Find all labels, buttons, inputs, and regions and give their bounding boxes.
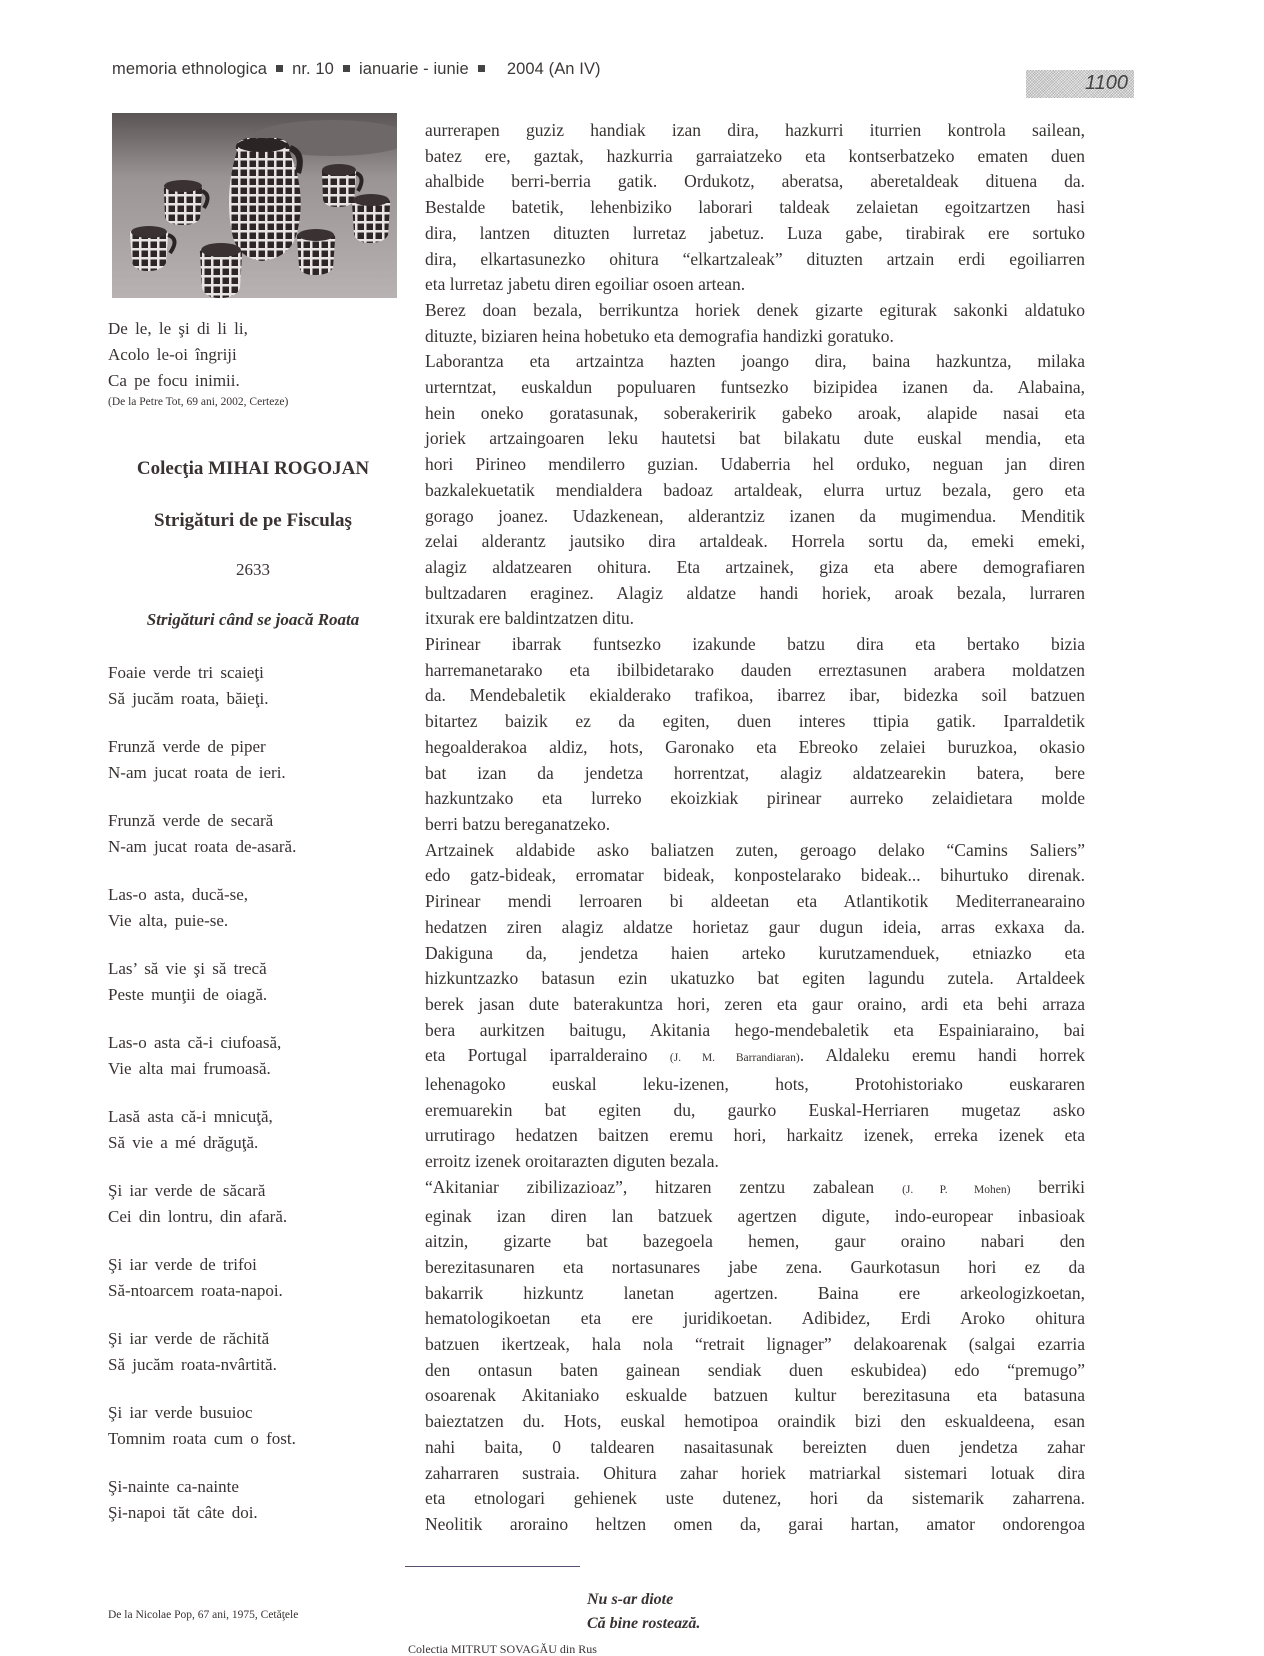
verse-line: Frunză verde de secară — [108, 808, 398, 834]
verse-line: Cei din lontru, din afară. — [108, 1204, 398, 1230]
verse-line: Vie alta mai frumoasă. — [108, 1056, 398, 1082]
text-line: batzuen ikertzeak, hala nola “retrait li… — [425, 1332, 1085, 1358]
text-line: Bestalde batetik, lehenbiziko laborari t… — [425, 195, 1085, 221]
verse-line: Acolo le-oi îngriji — [108, 342, 398, 368]
text-line: eta etnologari gehienek uste dutenez, ho… — [425, 1486, 1085, 1512]
stanza: Las-o asta, ducă-se,Vie alta, puie-se. — [108, 882, 398, 934]
text-line: Pirinear ibarrak funtsezko izakunde batz… — [425, 632, 1085, 658]
text-line: “Akitaniar zibilizazioaz”, hitzaren zent… — [425, 1175, 1085, 1204]
verse-line: Ca pe focu inimii. — [108, 368, 398, 394]
verse-line: Şi-nainte ca-nainte — [108, 1474, 398, 1500]
closing-source: De la Nicolae Pop, 67 ani, 1975, Cetăţel… — [108, 1609, 398, 1621]
entry-subtitle: Strigături când se joacă Roata — [108, 610, 398, 630]
text-line: hizkuntzazko batasun ezin ukatuzko bat e… — [425, 966, 1085, 992]
text-line: hegoalderakoa aldiz, hots, Garonako eta … — [425, 735, 1085, 761]
section-title: Strigături de pe Fisculaş — [108, 510, 398, 532]
stanza: Frunză verde de secarăN-am jucat roata d… — [108, 808, 398, 860]
text-line: urterntzat, euskaldun populuaren funtsez… — [425, 375, 1085, 401]
text-line: bakarrik hizkuntz lanetan agertzen. Bain… — [425, 1281, 1085, 1307]
stanza: Foaie verde tri scaieţiSă jucăm roata, b… — [108, 660, 398, 712]
verse-line: Tomnim roata cum o fost. — [108, 1426, 398, 1452]
verse-line: N-am jucat roata de ieri. — [108, 760, 398, 786]
stanza: Lasă asta că-i mnicuţă,Să vie a mé drăgu… — [108, 1104, 398, 1156]
verse-line: Las’ să vie şi să trecă — [108, 956, 398, 982]
collection-title: Colecţia MIHAI ROGOJAN — [108, 458, 398, 480]
stanza: Şi iar verde de săcarăCei din lontru, di… — [108, 1178, 398, 1230]
text-line: alagiz aldatzearen ohitura. Eta artzaine… — [425, 555, 1085, 581]
text-line: bultzadaren eraginez. Alagiz aldatze han… — [425, 581, 1085, 607]
verse-line: Să-ntoarcem roata-napoi. — [108, 1278, 398, 1304]
text-line: aurrerapen guziz handiak izan dira, hazk… — [425, 118, 1085, 144]
text-line: nahi baita, 0 taldearen nasaitasunak ber… — [425, 1435, 1085, 1461]
footer-verse-line: Nu s-ar diote — [587, 1588, 700, 1612]
text-line: eta Portugal iparralderaino (J. M. Barra… — [425, 1043, 1085, 1072]
text-line: hori Pirineo mendilerro guzian. Udaberri… — [425, 452, 1085, 478]
verse-line: Şi-napoi tăt câte doi. — [108, 1500, 398, 1526]
text-line: ahalbide berri-berria gatik. Ordukotz, a… — [425, 169, 1085, 195]
text-line: baieztatzen du. Hots, euskal hemotipoa o… — [425, 1409, 1085, 1435]
basque-article-text: aurrerapen guziz handiak izan dira, hazk… — [425, 118, 1085, 1538]
text-line: berezitasunaren eta nortasunares jabe ze… — [425, 1255, 1085, 1281]
text-line: zelai alderantz jautsiko dira artaldeak.… — [425, 529, 1085, 555]
citation: (J. P. Mohen) — [902, 1184, 1010, 1196]
verse-line: Şi iar verde busuioc — [108, 1400, 398, 1426]
footer-verse: Nu s-ar diote Că bine rostează. — [587, 1588, 700, 1636]
running-header: memoria ethnologicanr. 10ianuarie - iuni… — [112, 60, 601, 79]
text-line: itxurak ere baldintzatzen ditu. — [425, 606, 1085, 632]
text-line: dituzte, biziaren heina hobetuko eta dem… — [425, 324, 1085, 350]
square-bullet-icon — [343, 65, 350, 72]
text-line: bera aurkitzen baitugu, Akitania hego-me… — [425, 1018, 1085, 1044]
square-bullet-icon — [276, 65, 283, 72]
text-line: bazkalekuetatik mendialdera badoaz artal… — [425, 478, 1085, 504]
text-line: Berez doan bezala, berrikuntza horiek de… — [425, 298, 1085, 324]
text-line: zaharraren sustraia. Ohitura zahar horie… — [425, 1461, 1085, 1487]
opening-verse: De le, le şi di li li, Acolo le-oi îngri… — [108, 316, 398, 394]
footer-verse-line: Că bine rostează. — [587, 1612, 700, 1636]
text-line: eginak izan diren lan batzuek agertzen d… — [425, 1204, 1085, 1230]
citation: (J. M. Barrandiaran) — [670, 1052, 800, 1064]
text-line: berri batzu bereganatzeko. — [425, 812, 1085, 838]
text-line: den ontasun baten gainean sendiak duen e… — [425, 1358, 1085, 1384]
text-line: harremanetarako eta ibilbidetarako daude… — [425, 658, 1085, 684]
entry-number: 2633 — [108, 560, 398, 580]
text-line: hein oneko goratasunak, soberakeririk ga… — [425, 401, 1085, 427]
stanza: Şi iar verde de răchităSă jucăm roata-nv… — [108, 1326, 398, 1378]
page-number: 1100 — [1085, 72, 1128, 95]
verse-line: Frunză verde de piper — [108, 734, 398, 760]
text-line: joriek artzaingoaren leku hautetsi bat b… — [425, 426, 1085, 452]
stanza: Frunză verde de piperN-am jucat roata de… — [108, 734, 398, 786]
text-line: aitzin, gizarte bat bazegoela hemen, gau… — [425, 1229, 1085, 1255]
text-line: edo gatz-bideak, erromatar bideak, konpo… — [425, 863, 1085, 889]
verse-line: Şi iar verde de săcară — [108, 1178, 398, 1204]
stanza: Şi iar verde busuiocTomnim roata cum o f… — [108, 1400, 398, 1452]
text-line: osoarenak Akitaniako eskualde batzuen ku… — [425, 1383, 1085, 1409]
text-line: Laborantza eta artzaintza hazten joango … — [425, 349, 1085, 375]
opening-source: (De la Petre Tot, 69 ani, 2002, Certeze) — [108, 396, 398, 408]
text-line: hematologikoetan eta ere juridikoetan. A… — [425, 1306, 1085, 1332]
verse-line: Las-o asta, ducă-se, — [108, 882, 398, 908]
stanza: Las’ să vie şi să trecăPeste munţii de o… — [108, 956, 398, 1008]
journal-name: memoria ethnologica — [112, 60, 267, 78]
text-line: urrutirago hedatzen baitzen eremu hori, … — [425, 1123, 1085, 1149]
pottery-image-icon — [112, 113, 397, 298]
text-line: erroitz izenek oroitarazten diguten beza… — [425, 1149, 1085, 1175]
verse-line: Vie alta, puie-se. — [108, 908, 398, 934]
square-bullet-icon — [478, 65, 485, 72]
issue-number: nr. 10 — [292, 60, 334, 78]
verse-line: Foaie verde tri scaieţi — [108, 660, 398, 686]
verse-line: De le, le şi di li li, — [108, 316, 398, 342]
verse-line: N-am jucat roata de-asară. — [108, 834, 398, 860]
text-line: Artzainek aldabide asko baliatzen zuten,… — [425, 838, 1085, 864]
text-line: Dakiguna da, jendetza haien arteko kurut… — [425, 941, 1085, 967]
verse-line: Las-o asta că-i ciufoasă, — [108, 1030, 398, 1056]
text-line: batez ere, gaztak, hazkurria garraiatzek… — [425, 144, 1085, 170]
text-line: lehenagoko euskal leku-izenen, hots, Pro… — [425, 1072, 1085, 1098]
issue-year: 2004 (An IV) — [507, 60, 601, 78]
text-line: Pirinear mendi lerroaren bi aldeetan eta… — [425, 889, 1085, 915]
text-line: Neolitik aroraino heltzen omen da, garai… — [425, 1512, 1085, 1538]
text-line: berek jasan dute baterakuntza hori, zere… — [425, 992, 1085, 1018]
text-line: dira, lantzen dituzten lurretaz jabetuz.… — [425, 221, 1085, 247]
pottery-photo — [112, 113, 397, 298]
page-number-box: 1100 — [1026, 70, 1134, 98]
footer-rule — [405, 1566, 580, 1567]
text-line: gorago joanez. Udazkenean, alderantziz i… — [425, 504, 1085, 530]
text-line: hazkuntzako eta lurreko ekoizkiak pirine… — [425, 786, 1085, 812]
verse-line: Lasă asta că-i mnicuţă, — [108, 1104, 398, 1130]
stanza: Şi-nainte ca-nainteŞi-napoi tăt câte doi… — [108, 1474, 398, 1526]
verse-line: Peste munţii de oiagă. — [108, 982, 398, 1008]
stanza: Şi iar verde de trifoiSă-ntoarcem roata-… — [108, 1252, 398, 1304]
issue-period: ianuarie - iunie — [359, 60, 469, 78]
verse-line: Şi iar verde de răchită — [108, 1326, 398, 1352]
text-line: hedatzen ziren alagiz aldatze horietaz g… — [425, 915, 1085, 941]
text-line: da. Mendebaletik ekialderako trafikoa, i… — [425, 683, 1085, 709]
text-line: dira, elkartasunezko ohitura “elkartzale… — [425, 247, 1085, 273]
verse-line: Să jucăm roata, băieţi. — [108, 686, 398, 712]
text-line: bitartez baizik ez da egiten, duen inter… — [425, 709, 1085, 735]
verse-line: Să jucăm roata-nvârtită. — [108, 1352, 398, 1378]
text-line: eremuarekin bat egiten du, gaurko Euskal… — [425, 1098, 1085, 1124]
verse-line: Şi iar verde de trifoi — [108, 1252, 398, 1278]
stanza: Las-o asta că-i ciufoasă,Vie alta mai fr… — [108, 1030, 398, 1082]
text-line: bat izan da jendetza horrentzat, alagiz … — [425, 761, 1085, 787]
text-line: eta lurretaz jabetu diren egoiliar osoen… — [425, 272, 1085, 298]
verse-line: Să vie a mé drăguţă. — [108, 1130, 398, 1156]
footer-source: Colectia MITRUT SOVAGĂU din Rus — [408, 1642, 597, 1656]
